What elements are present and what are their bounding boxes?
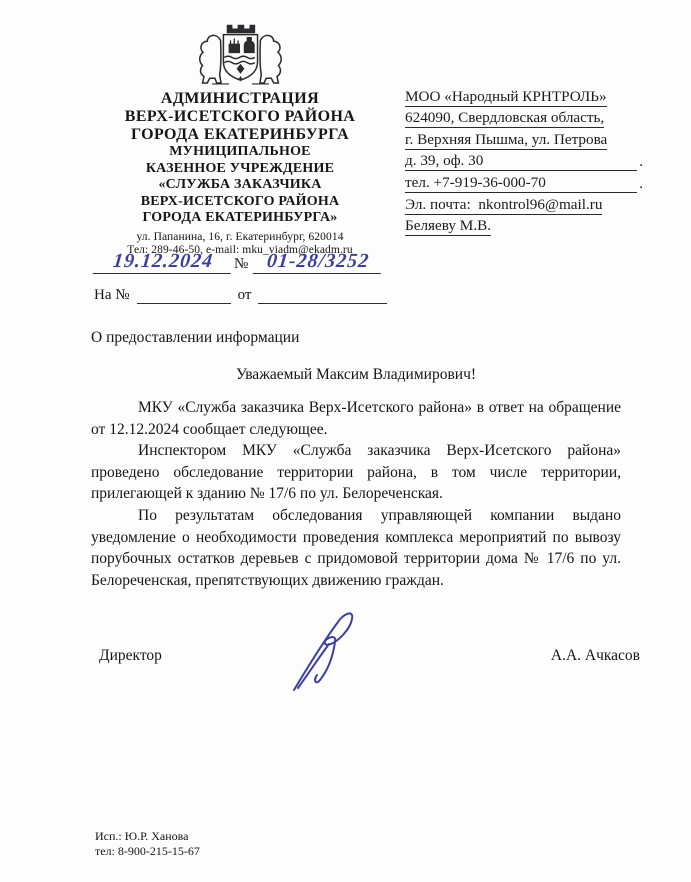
- recipient-line-text: г. Верхняя Пышма, ул. Петрова: [405, 131, 607, 150]
- executor-phone: тел: 8-900-215-15-67: [95, 844, 200, 859]
- recipient-line: Беляеву М.В.: [405, 215, 643, 237]
- signer-position: Директор: [99, 647, 162, 665]
- recipient-line: д. 39, оф. 30 .: [405, 150, 643, 172]
- org-line: ВЕРХ-ИСЕТСКОГО РАЙОНА: [73, 194, 407, 211]
- body-paragraph: Инспектором МКУ «Служба заказчика Верх-И…: [91, 440, 621, 505]
- recipient-line: МОО «Народный КРНТРОЛЬ»: [405, 85, 643, 107]
- org-line: АДМИНИСТРАЦИЯ: [73, 90, 407, 108]
- body-paragraph: По результатам обследования управляющей …: [91, 505, 621, 591]
- org-line: КАЗЕННОЕ УЧРЕЖДЕНИЕ: [73, 161, 407, 178]
- recipient-line-text: Эл. почта: nkontrol96@mail.ru: [405, 196, 602, 215]
- yekaterinburg-coat-of-arms-icon: [176, 20, 304, 92]
- letter-body: МКУ «Служба заказчика Верх-Исетского рай…: [91, 397, 621, 591]
- org-line: ГОРОДА ЕКАТЕРИНБУРГА: [73, 126, 407, 144]
- handwritten-outgoing-number: 01-28/3252: [253, 250, 384, 274]
- recipient-line-text: д. 39, оф. 30: [405, 152, 483, 171]
- recipient-line: 624090, Свердловская область,: [405, 107, 643, 129]
- letterhead-org-block: АДМИНИСТРАЦИЯ ВЕРХ-ИСЕТСКОГО РАЙОНА ГОРО…: [73, 90, 407, 258]
- recipient-line: г. Верхняя Пышма, ул. Петрова: [405, 128, 643, 150]
- org-line: МУНИЦИПАЛЬНОЕ: [73, 144, 407, 161]
- na-number-label: На №: [94, 287, 130, 304]
- subject-line: О предоставлении информации: [91, 329, 299, 347]
- recipient-line: тел. +7-919-36-000-70 .: [405, 171, 643, 193]
- recipient-line-text: 624090, Свердловская область,: [405, 109, 604, 128]
- na-number-blank: [137, 287, 231, 304]
- scanned-letter-page: АДМИНИСТРАЦИЯ ВЕРХ-ИСЕТСКОГО РАЙОНА ГОРО…: [0, 0, 691, 882]
- recipient-line-text: МОО «Народный КРНТРОЛЬ»: [405, 88, 607, 107]
- salutation: Уважаемый Максим Владимирович!: [91, 366, 621, 384]
- handwritten-date: 19.12.2024: [93, 250, 234, 274]
- executor-block: Исп.: Ю.Р. Ханова тел: 8-900-215-15-67: [95, 829, 200, 859]
- org-address-line: ул. Папанина, 16, г. Екатеринбург, 62001…: [73, 231, 407, 245]
- org-line: ВЕРХ-ИСЕТСКОГО РАЙОНА: [73, 108, 407, 126]
- ot-date-blank: [258, 287, 387, 304]
- body-paragraph: МКУ «Служба заказчика Верх-Исетского рай…: [91, 397, 621, 440]
- ot-label: от: [238, 287, 252, 304]
- incoming-ref-row: На № от: [94, 287, 387, 304]
- recipient-block: МОО «Народный КРНТРОЛЬ» 624090, Свердлов…: [405, 85, 643, 236]
- org-line: «СЛУЖБА ЗАКАЗЧИКА: [73, 177, 407, 194]
- number-sign: №: [232, 256, 254, 274]
- org-line: ГОРОДА ЕКАТЕРИНБУРГА»: [73, 210, 407, 227]
- recipient-line-text: Беляеву М.В.: [405, 217, 491, 236]
- recipient-line: Эл. почта: nkontrol96@mail.ru: [405, 193, 643, 215]
- signer-name: А.А. Ачкасов: [551, 647, 640, 665]
- signature-row: Директор А.А. Ачкасов: [99, 647, 640, 665]
- executor-name: Исп.: Ю.Р. Ханова: [95, 829, 200, 844]
- recipient-line-text: тел. +7-919-36-000-70: [405, 174, 546, 193]
- outgoing-ref-row: 19.12.2024 № 01-28/3252: [94, 250, 382, 274]
